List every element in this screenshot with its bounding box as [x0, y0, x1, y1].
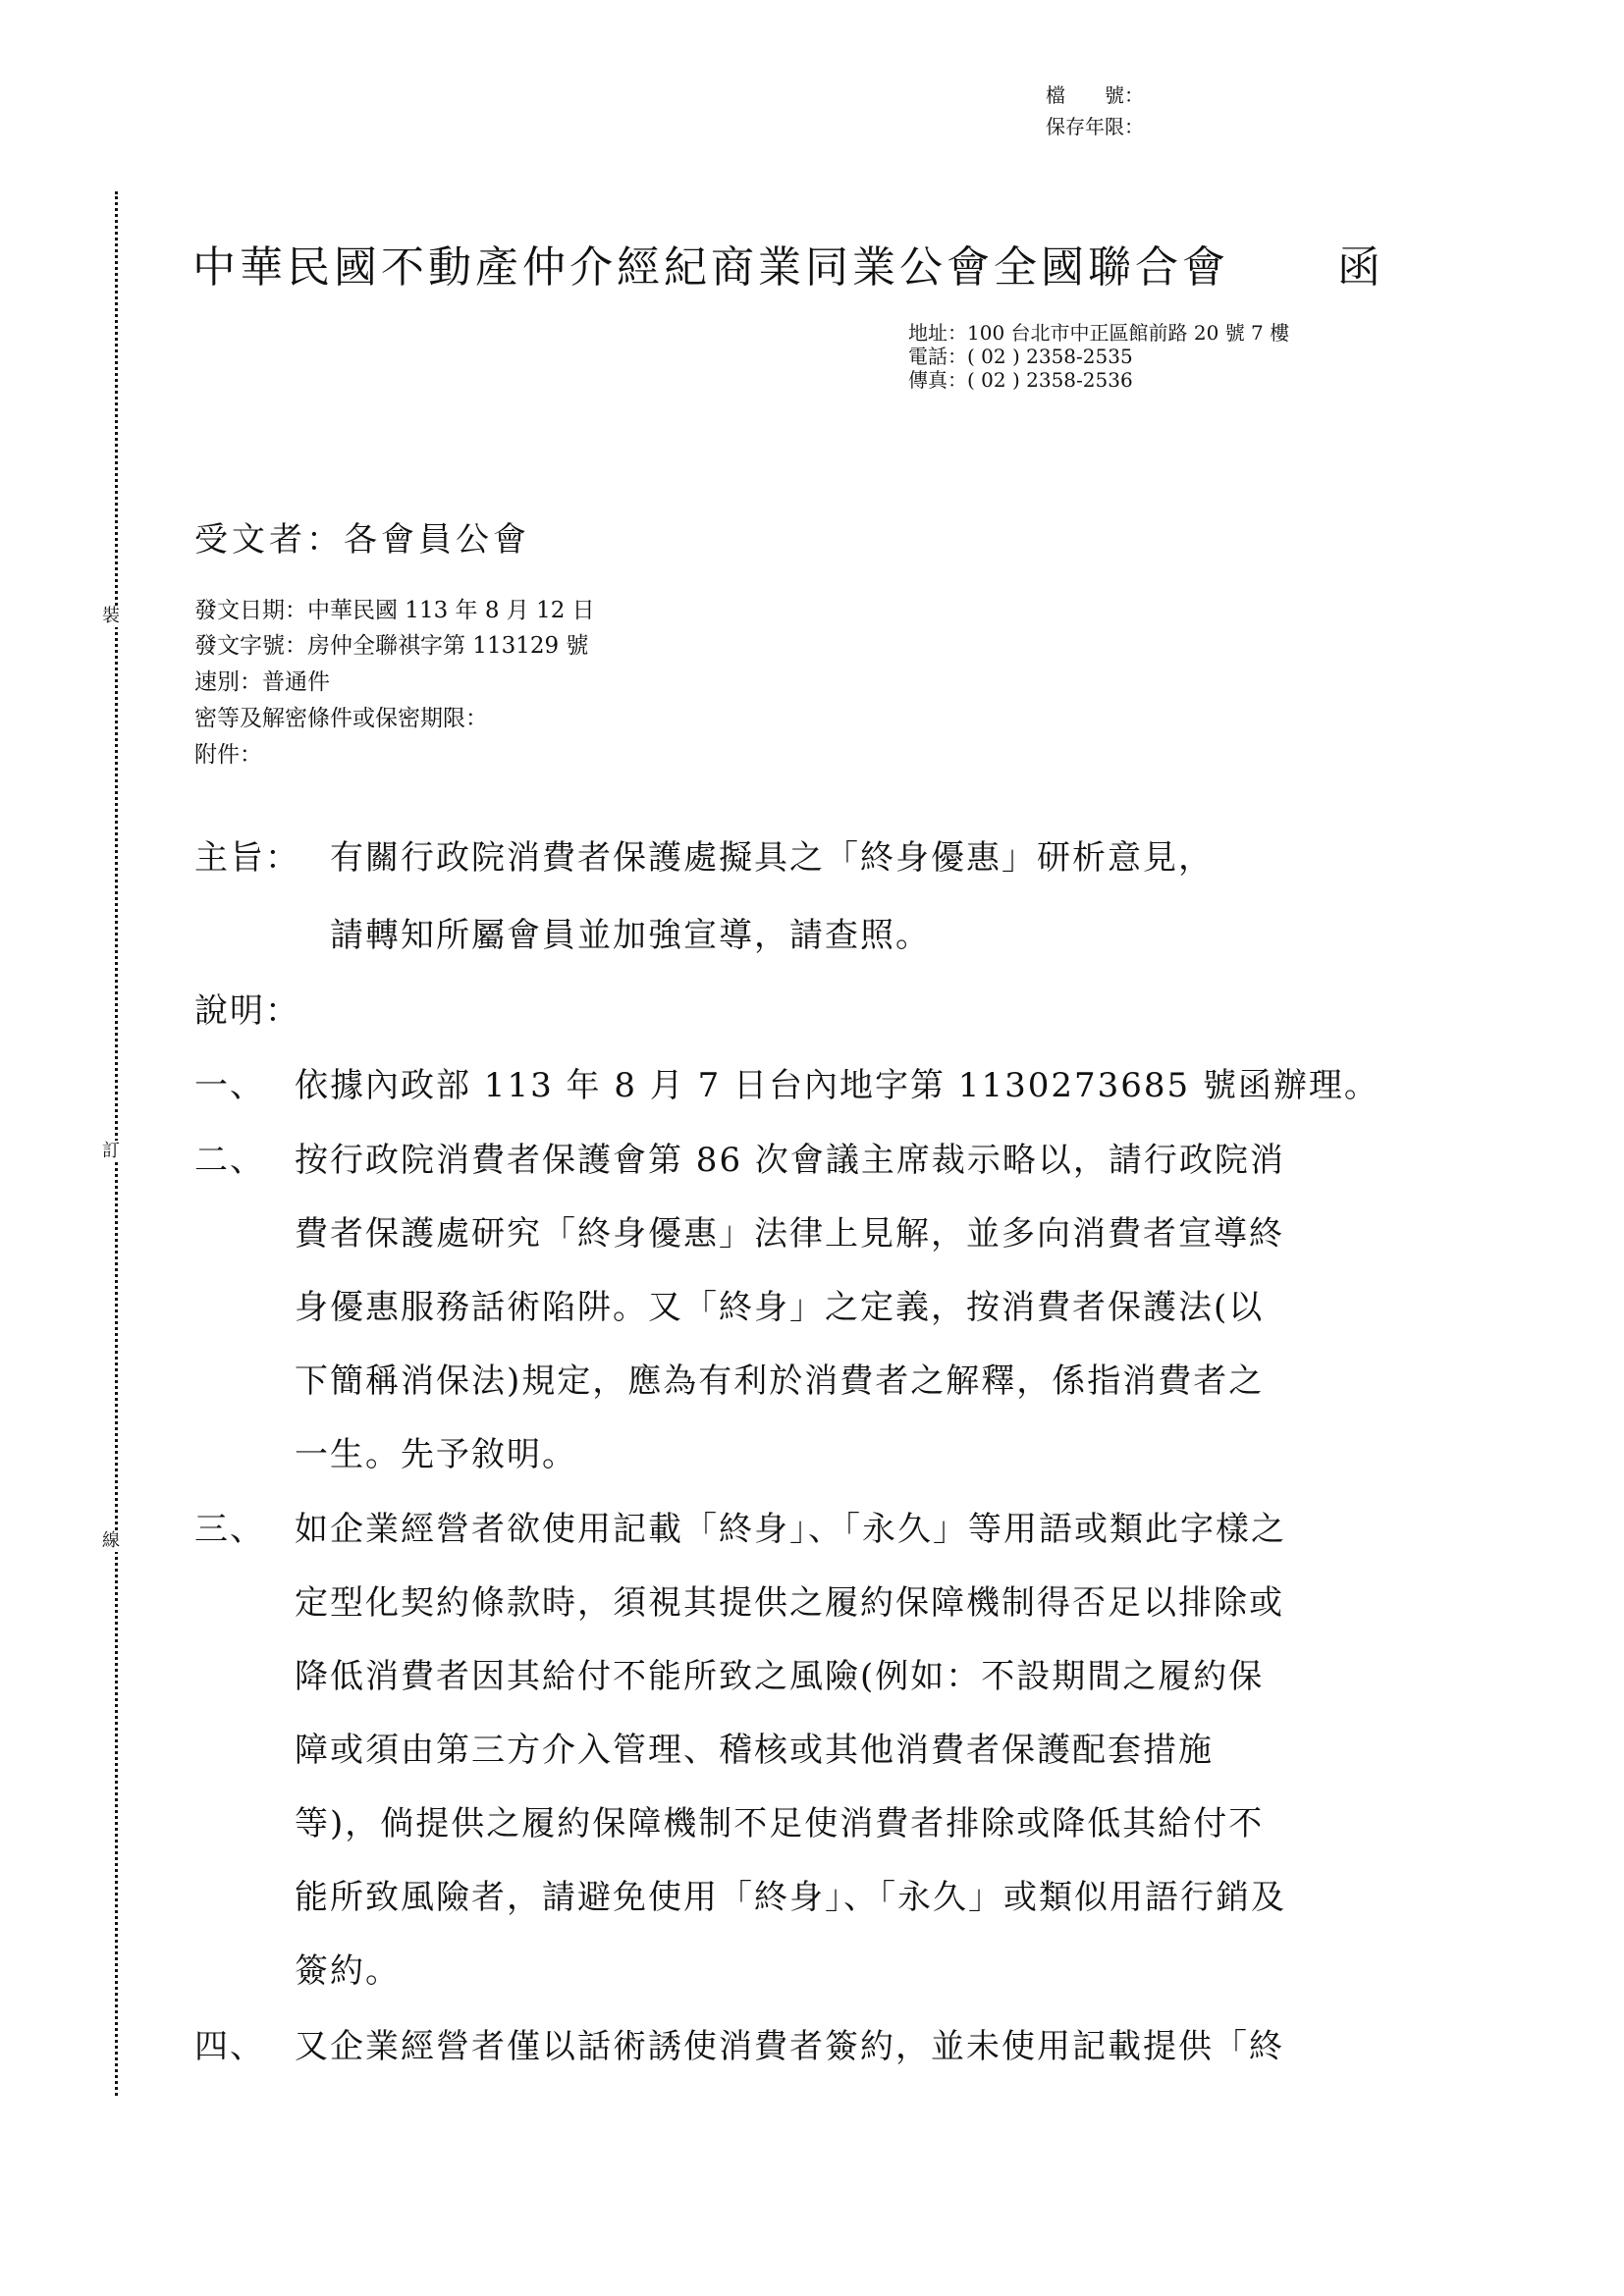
item-line: 按行政院消費者保護會第 86 次會議主席裁示略以，請行政院消 — [295, 1133, 1285, 1181]
item-number: 四、 — [194, 2019, 265, 2067]
item-line: 下簡稱消保法)規定，應為有利於消費者之解釋，係指消費者之 — [295, 1354, 1264, 1402]
fax: 傳真：( 02 ) 2358-2536 — [908, 369, 1133, 391]
item-line: 如企業經營者欲使用記載「終身」、「永久」等用語或類此字樣之 — [295, 1502, 1286, 1550]
item-line: 依據內政部 113 年 8 月 7 日台內地字第 1130273685 號函辦理… — [295, 1058, 1380, 1106]
address: 地址：100 台北市中正區館前路 20 號 7 樓 — [908, 322, 1289, 344]
item-number: 三、 — [194, 1502, 265, 1550]
item-line: 又企業經營者僅以話術誘使消費者簽約，並未使用記載提供「終 — [295, 2019, 1284, 2067]
organization-name: 中華民國不動產仲介經紀商業同業公會全國聯合會 — [192, 232, 1229, 294]
item-line: 等)，倘提供之履約保障機制不足使消費者排除或降低其給付不 — [295, 1796, 1264, 1844]
item-line: 降低消費者因其給付不能所致之風險(例如：不設期間之履約保 — [295, 1649, 1264, 1697]
binding-label-zhuang: 裝 — [102, 606, 120, 627]
document-type: 函 — [1337, 232, 1384, 294]
attachment: 附件： — [194, 740, 262, 771]
phone: 電話：( 02 ) 2358-2535 — [908, 346, 1133, 367]
issue-date: 發文日期：中華民國 113 年 8 月 12 日 — [194, 596, 595, 626]
binding-label-xian: 線 — [102, 1530, 120, 1552]
item-number: 二、 — [194, 1133, 265, 1181]
item-line: 身優惠服務話術陷阱。又「終身」之定義，按消費者保護法(以 — [295, 1280, 1264, 1328]
item-line: 能所致風險者，請避免使用「終身」、「永久」或類似用語行銷及 — [295, 1870, 1286, 1918]
item-line: 費者保護處研究「終身優惠」法律上見解，並多向消費者宣導終 — [295, 1206, 1284, 1255]
recipient: 受文者：各會員公會 — [194, 512, 530, 561]
item-line: 簽約。 — [295, 1944, 401, 1992]
document-number: 發文字號：房仲全聯祺字第 113129 號 — [194, 631, 588, 662]
subject-line: 請轉知所屬會員並加強宣導，請查照。 — [330, 908, 931, 956]
secrecy-level: 密等及解密條件或保密期限： — [194, 704, 488, 734]
speed-category: 速別：普通件 — [194, 667, 330, 698]
item-line: 一生。先予敘明。 — [295, 1427, 577, 1475]
file-number-label: 檔 號： — [1046, 80, 1144, 110]
subject-label: 主旨： — [194, 830, 300, 879]
binding-label-ding: 訂 — [102, 1141, 120, 1162]
item-number: 一、 — [194, 1058, 265, 1106]
item-line: 定型化契約條款時，須視其提供之履約保障機制得否足以排除或 — [295, 1575, 1284, 1624]
item-line: 障或須由第三方介入管理、稽核或其他消費者保護配套措施 — [295, 1723, 1214, 1771]
subject-line: 有關行政院消費者保護處擬具之「終身優惠」研析意見， — [330, 830, 1214, 879]
retention-period-label: 保存年限： — [1046, 112, 1144, 141]
explanation-label: 說明： — [194, 984, 300, 1032]
